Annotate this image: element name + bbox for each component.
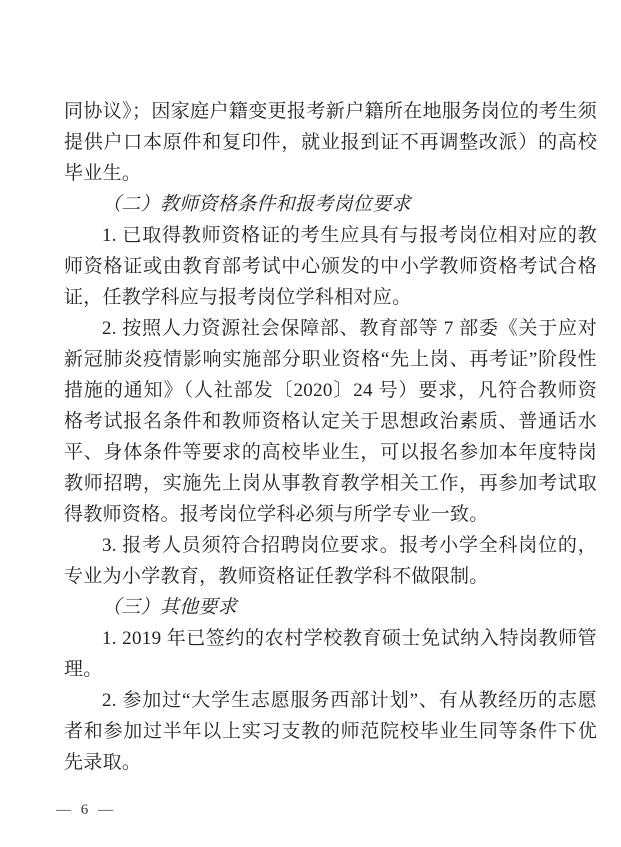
paragraph-item-2-policy: 2. 按照人力资源社会保障部、教育部等 7 部委《关于应对新冠肺炎疫情影响实施部… [64, 313, 597, 530]
document-body: 同协议》；因家庭户籍变更报考新户籍所在地服务岗位的考生须提供户口本原件和复印件，… [64, 96, 597, 778]
paragraph-item-1-qualification: 1. 已取得教师资格证的考生应具有与报考岗位相对应的教师资格证或由教育部考试中心… [64, 220, 597, 313]
paragraph-other-item-1: 1. 2019 年已签约的农村学校教育硕士免试纳入特岗教师管理。 [64, 623, 597, 685]
paragraph-continuation: 同协议》；因家庭户籍变更报考新户籍所在地服务岗位的考生须提供户口本原件和复印件，… [64, 96, 597, 189]
section-heading-teacher-qualification: （二）教师资格条件和报考岗位要求 [64, 189, 597, 220]
paragraph-other-item-2: 2. 参加过“大学生志愿服务西部计划”、有从教经历的志愿者和参加过半年以上实习支… [64, 685, 597, 778]
paragraph-item-3-post-requirement: 3. 报考人员须符合招聘岗位要求。报考小学全科岗位的，专业为小学教育，教师资格证… [64, 530, 597, 592]
section-heading-other-requirements: （三）其他要求 [64, 592, 597, 623]
page-number: — 6 — [56, 802, 116, 819]
document-page: 同协议》；因家庭户籍变更报考新户籍所在地服务岗位的考生须提供户口本原件和复印件，… [0, 0, 621, 847]
